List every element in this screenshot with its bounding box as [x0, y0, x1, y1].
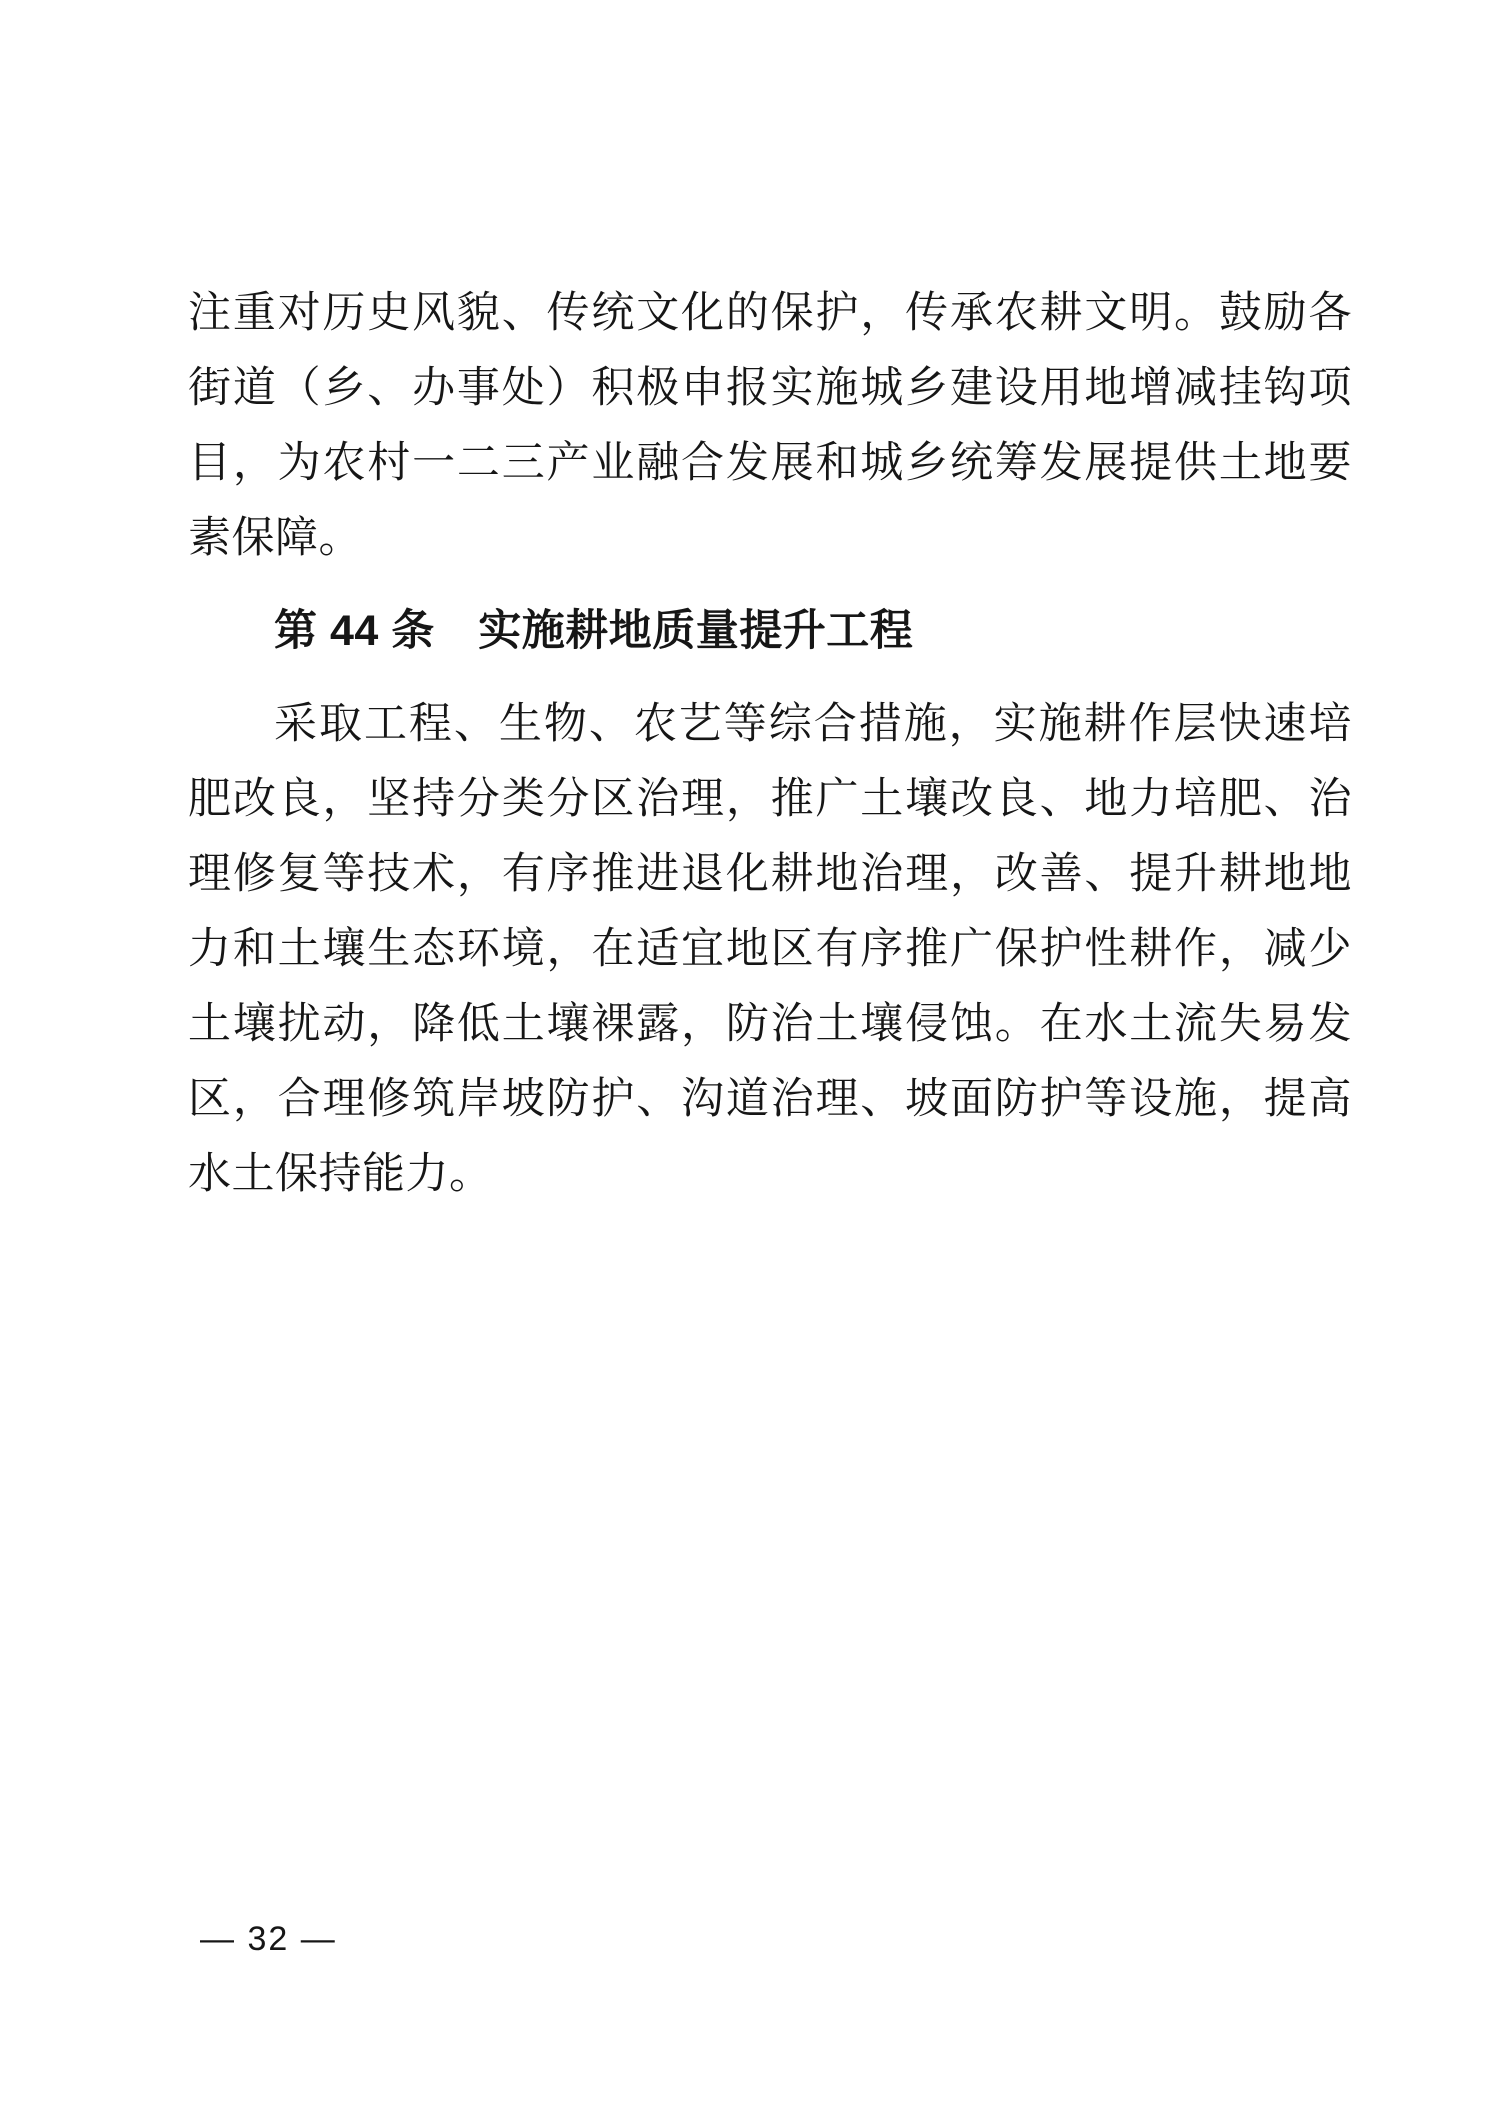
- document-content: 注重对历史风貌、传统文化的保护，传承农耕文明。鼓励各街道（乡、办事处）积极申报实…: [188, 276, 1352, 1212]
- page-number: — 32 —: [200, 1920, 337, 1959]
- article-44-body: 采取工程、生物、农艺等综合措施，实施耕作层快速培肥改良，坚持分类分区治理，推广土…: [188, 687, 1352, 1212]
- paragraph-continuation: 注重对历史风貌、传统文化的保护，传承农耕文明。鼓励各街道（乡、办事处）积极申报实…: [188, 276, 1352, 576]
- document-page: 注重对历史风貌、传统文化的保护，传承农耕文明。鼓励各街道（乡、办事处）积极申报实…: [0, 0, 1488, 2104]
- article-44-heading: 第 44 条 实施耕地质量提升工程: [188, 594, 1352, 669]
